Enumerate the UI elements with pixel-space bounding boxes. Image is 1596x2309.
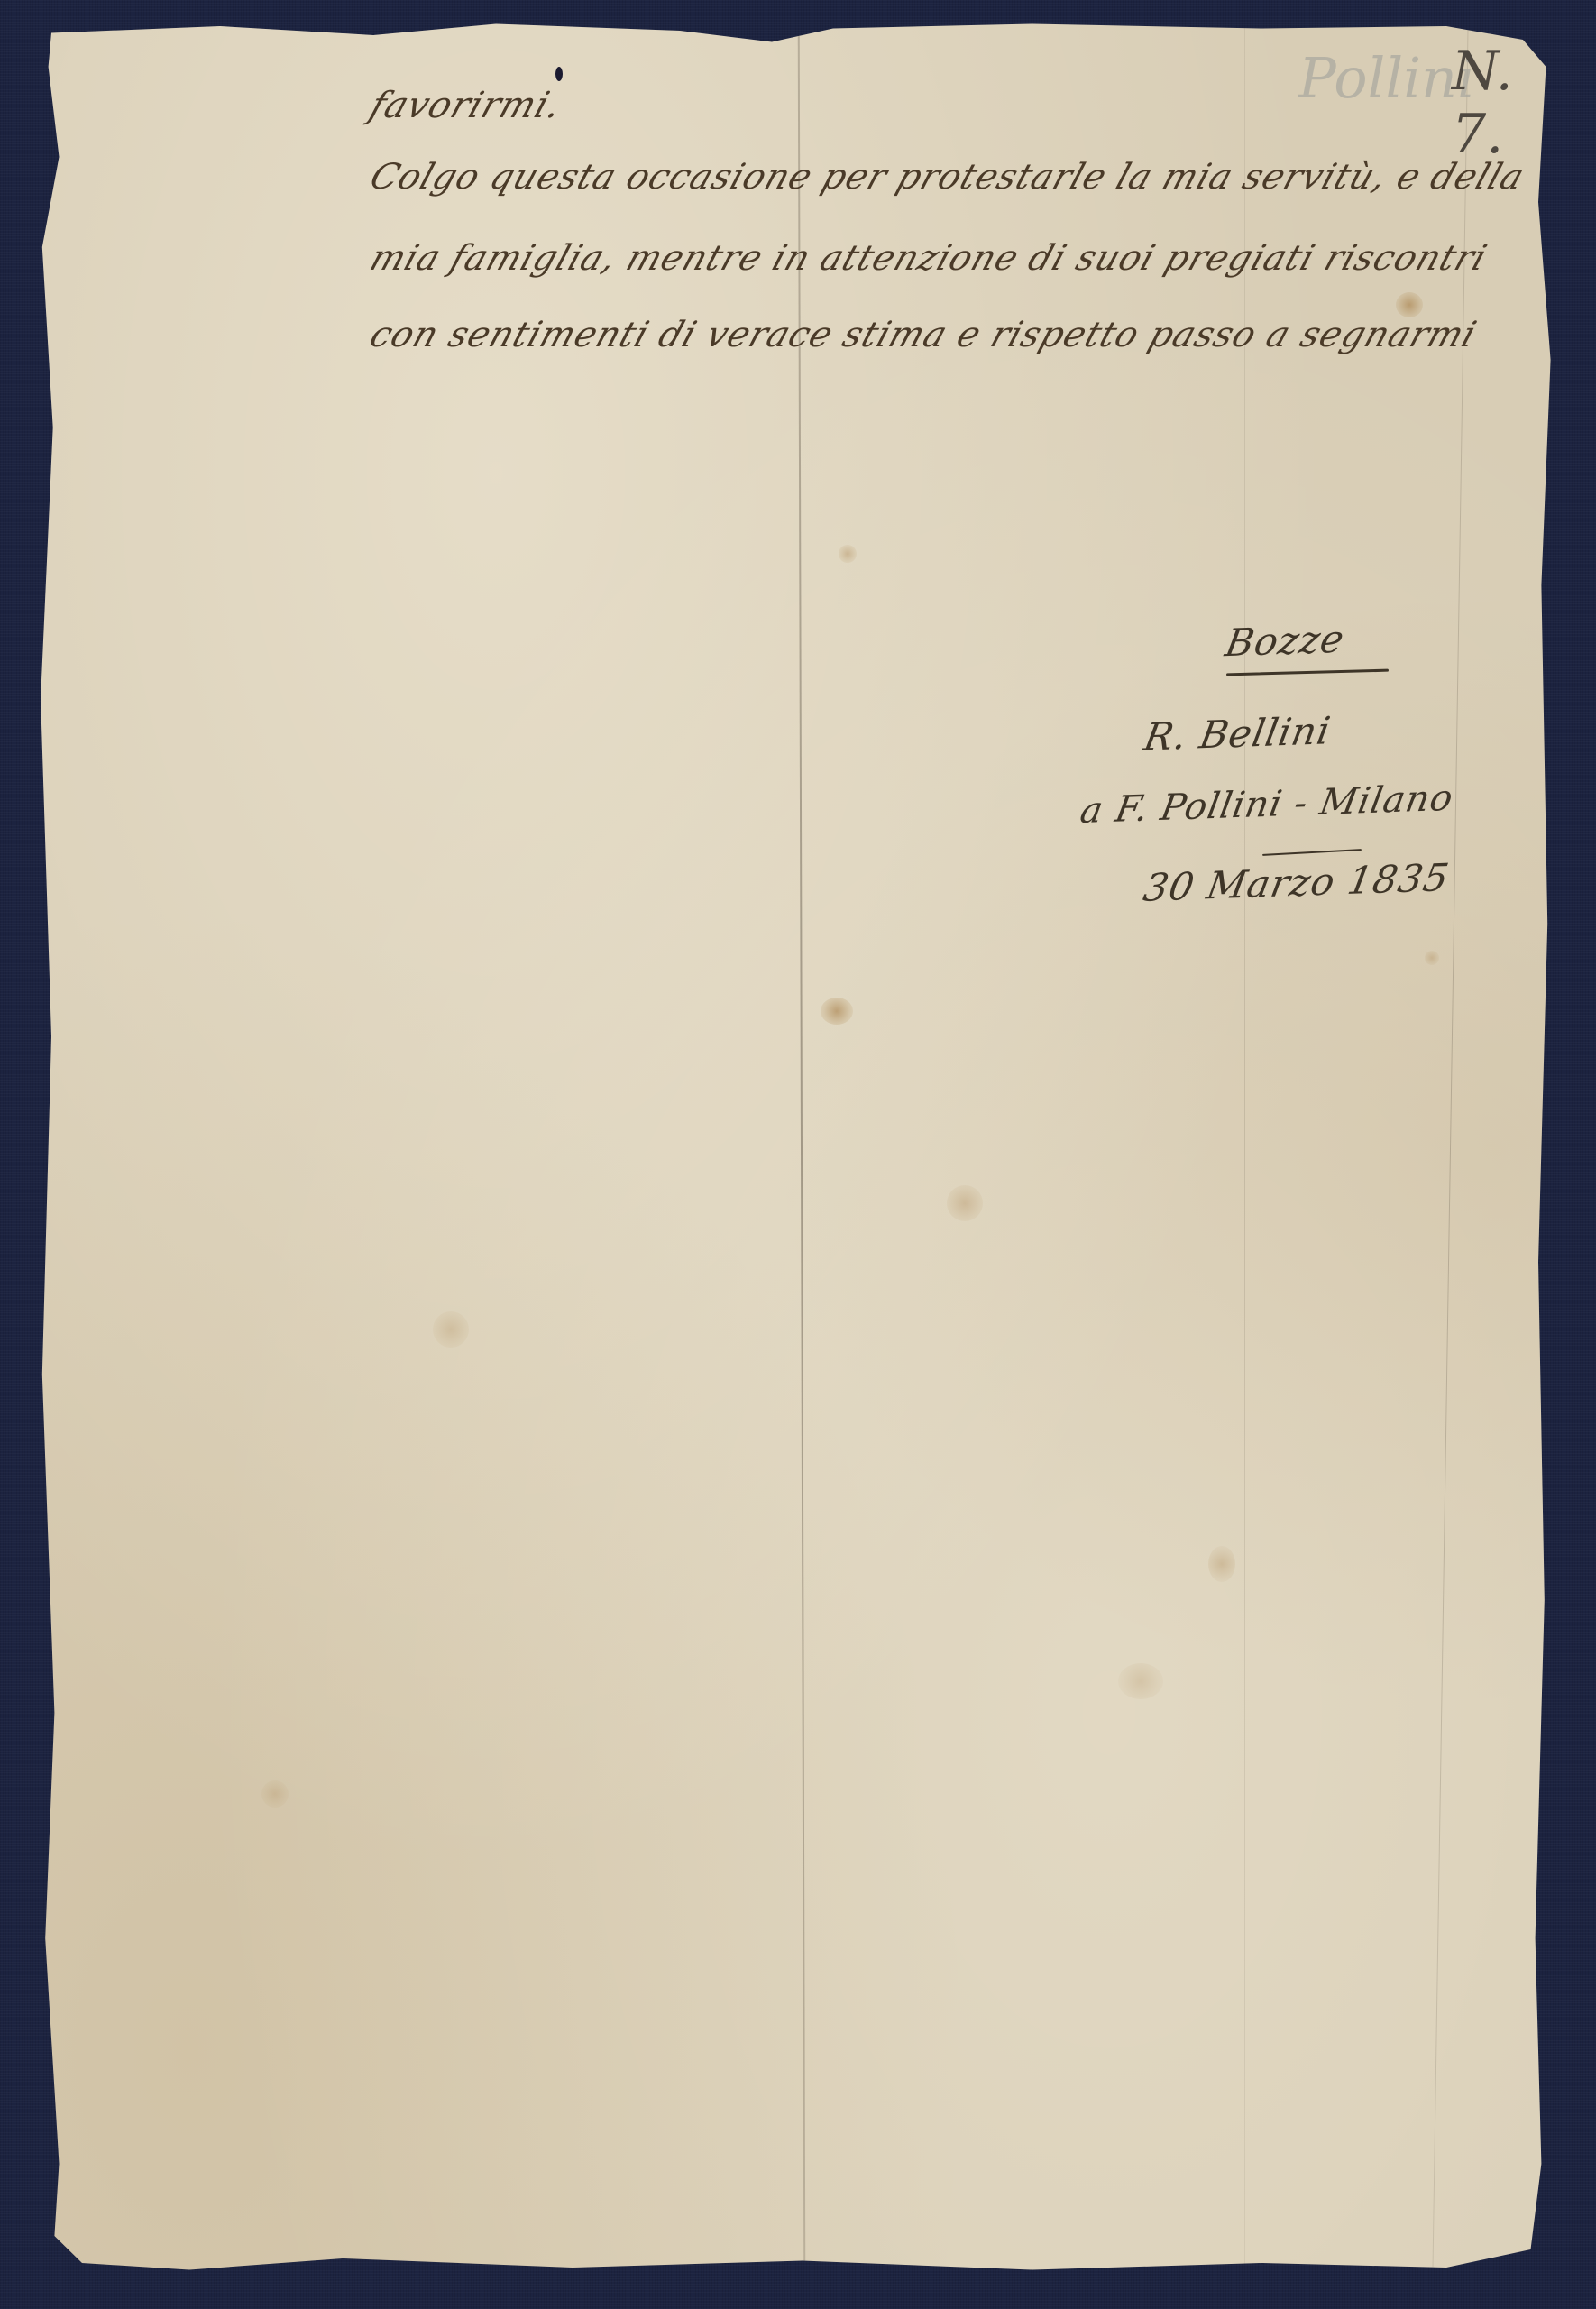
foxing-stain (1396, 292, 1423, 317)
docket-date: 30 Marzo 1835 (1141, 855, 1454, 910)
foxing-stain (947, 1185, 983, 1221)
foxing-stain (1425, 951, 1439, 965)
letter-line: mia famiglia, mentre in attenzione di su… (365, 238, 1492, 279)
docket-heading: Bozze (1222, 617, 1348, 666)
letter-line: con sentimenti di verace stima e rispett… (365, 315, 1482, 355)
ink-blot (555, 67, 563, 81)
letter-line: favorirmi. (365, 85, 568, 126)
docket-line: a F. Pollini - Milano (1078, 777, 1457, 832)
foxing-stain (1208, 1546, 1235, 1582)
date-overline (1262, 849, 1362, 856)
right-fold-line (1432, 22, 1468, 2277)
foxing-stain (821, 998, 853, 1025)
foxing-stain (433, 1311, 469, 1348)
center-fold-line (798, 22, 806, 2277)
letter-line: Colgo questa occasione per protestarle l… (365, 157, 1530, 198)
pencil-annotation: Pollini (1298, 45, 1475, 111)
docket-line: R. Bellini (1141, 708, 1335, 759)
foxing-stain (839, 545, 857, 563)
faint-fold-line (1244, 22, 1245, 2277)
heading-underline (1226, 669, 1389, 676)
manuscript-page: Pollini N. 7. favorirmi. Colgo questa oc… (36, 22, 1569, 2277)
foxing-stain (261, 1780, 289, 1808)
foxing-stain (1118, 1663, 1163, 1699)
folio-number: N. 7. (1452, 40, 1569, 166)
